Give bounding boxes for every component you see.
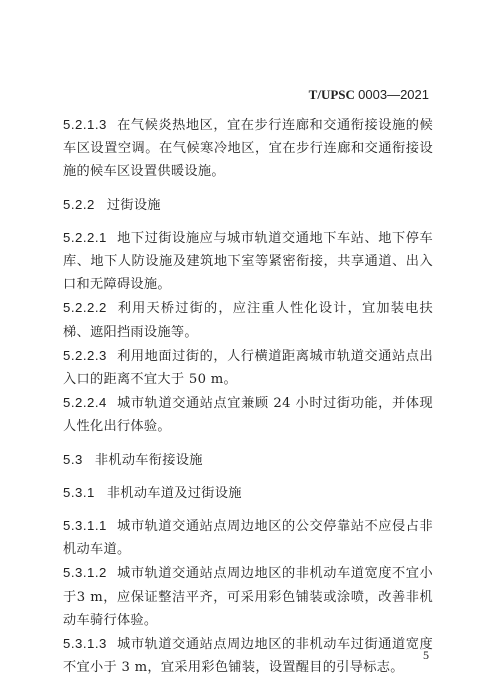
standard-code: T/UPSC 0003—2021 bbox=[309, 87, 429, 103]
heading-5-3: 5.3非机动车衔接设施 bbox=[63, 448, 433, 472]
clause-5-2-2-2: 5.2.2.2利用天桥过街的，应注重人性化设计，宜加装电扶梯、遮阳挡雨设施等。 bbox=[63, 296, 433, 343]
document-page: T/UPSC 0003—2021 5.2.1.3在气候炎热地区，宜在步行连廊和交… bbox=[0, 0, 493, 700]
heading-5-2-2: 5.2.2过街设施 bbox=[63, 193, 433, 217]
page-number: 5 bbox=[423, 648, 429, 663]
heading-text: 非机动车衔接设施 bbox=[95, 453, 203, 468]
heading-number: 5.3.1 bbox=[63, 485, 95, 500]
document-body: 5.2.1.3在气候炎热地区，宜在步行连廊和交通衔接设施的候车区设置空调。在气候… bbox=[63, 113, 433, 679]
clause-number: 5.2.2.1 bbox=[63, 230, 107, 245]
clause-5-2-1-3: 5.2.1.3在气候炎热地区，宜在步行连廊和交通衔接设施的候车区设置空调。在气候… bbox=[63, 113, 433, 184]
clause-text: 城市轨道交通站点周边地区的非机动车道宽度不宜小于3 m，应保证整洁平齐，可采用彩… bbox=[63, 566, 433, 627]
heading-text: 过街设施 bbox=[107, 198, 161, 213]
clause-text: 利用天桥过街的，应注重人性化设计，宜加装电扶梯、遮阳挡雨设施等。 bbox=[63, 301, 433, 339]
clause-number: 5.2.2.2 bbox=[63, 300, 107, 315]
clause-5-3-1-3: 5.3.1.3城市轨道交通站点周边地区的非机动车过街通道宽度不宜小于 3 m，宜… bbox=[63, 632, 433, 679]
clause-text: 城市轨道交通站点宜兼顾 24 小时过街功能，并体现人性化出行体验。 bbox=[63, 396, 433, 434]
clause-5-2-2-1: 5.2.2.1地下过街设施应与城市轨道交通地下车站、地下停车库、地下人防设施及建… bbox=[63, 226, 433, 297]
heading-text: 非机动车道及过街设施 bbox=[107, 486, 242, 501]
heading-5-3-1: 5.3.1非机动车道及过街设施 bbox=[63, 481, 433, 505]
standard-number: 0003—2021 bbox=[358, 87, 429, 102]
clause-text: 地下过街设施应与城市轨道交通地下车站、地下停车库、地下人防设施及建筑地下室等紧密… bbox=[63, 231, 433, 292]
clause-number: 5.2.1.3 bbox=[63, 117, 107, 132]
clause-number: 5.2.2.3 bbox=[63, 348, 107, 363]
clause-text: 城市轨道交通站点周边地区的非机动车过街通道宽度不宜小于 3 m，宜采用彩色铺装，… bbox=[63, 637, 433, 675]
clause-text: 城市轨道交通站点周边地区的公交停靠站不应侵占非机动车道。 bbox=[63, 519, 433, 557]
clause-5-3-1-2: 5.3.1.2城市轨道交通站点周边地区的非机动车道宽度不宜小于3 m，应保证整洁… bbox=[63, 561, 433, 632]
heading-number: 5.3 bbox=[63, 452, 83, 467]
clause-number: 5.2.2.4 bbox=[63, 395, 107, 410]
clause-number: 5.3.1.1 bbox=[63, 518, 107, 533]
clause-text: 在气候炎热地区，宜在步行连廊和交通衔接设施的候车区设置空调。在气候寒冷地区，宜在… bbox=[63, 118, 433, 179]
clause-text: 利用地面过街的，人行横道距离城市轨道交通站点出入口的距离不宜大于 50 m。 bbox=[63, 349, 433, 387]
heading-number: 5.2.2 bbox=[63, 197, 95, 212]
clause-5-3-1-1: 5.3.1.1城市轨道交通站点周边地区的公交停靠站不应侵占非机动车道。 bbox=[63, 514, 433, 561]
clause-number: 5.3.1.3 bbox=[63, 636, 107, 651]
clause-number: 5.3.1.2 bbox=[63, 565, 107, 580]
standard-prefix: T/UPSC bbox=[309, 87, 355, 102]
clause-5-2-2-4: 5.2.2.4城市轨道交通站点宜兼顾 24 小时过街功能，并体现人性化出行体验。 bbox=[63, 391, 433, 438]
clause-5-2-2-3: 5.2.2.3利用地面过街的，人行横道距离城市轨道交通站点出入口的距离不宜大于 … bbox=[63, 344, 433, 391]
